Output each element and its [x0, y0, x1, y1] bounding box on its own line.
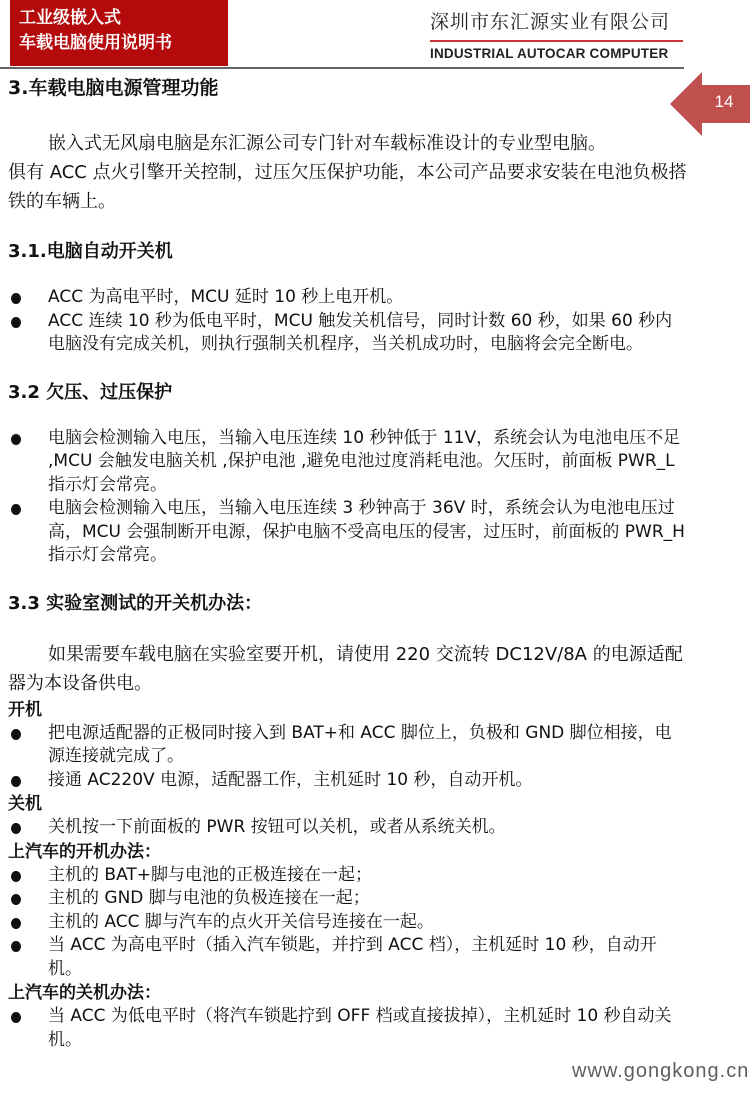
list-item: 主机的 BAT+脚与电池的正极连接在一起； — [8, 864, 688, 888]
company-header: 深圳市东汇源实业有限公司 INDUSTRIAL AUTOCAR COMPUTER — [430, 10, 686, 61]
bullet-icon — [11, 434, 21, 445]
section-3-intro-line1: 嵌入式无风扇电脑是东汇源公司专门针对车载标准设计的专业型电脑。 — [8, 129, 688, 158]
list-item: 主机的 GND 脚与电池的负极连接在一起； — [8, 887, 688, 911]
power-on-label: 开机 — [8, 698, 688, 722]
bullet-icon — [11, 293, 21, 304]
bullet-icon — [11, 823, 21, 834]
bullet-icon — [11, 871, 21, 882]
section-3-3-intro: 如果需要车载电脑在实验室要开机，请使用 220 交流转 DC12V/8A 的电源… — [8, 640, 688, 698]
company-name-en: INDUSTRIAL AUTOCAR COMPUTER — [430, 46, 686, 61]
section-3-2-list: 电脑会检测输入电压，当输入电压连续 10 秒钟低于 11V，系统会认为电池电压不… — [8, 427, 688, 568]
car-power-on-list: 主机的 BAT+脚与电池的正极连接在一起； 主机的 GND 脚与电池的负极连接在… — [8, 864, 688, 982]
company-accent-line — [430, 40, 683, 42]
bullet-icon — [11, 1012, 21, 1023]
section-3-2-heading: 3.2 欠压、过压保护 — [8, 379, 688, 407]
list-item: 当 ACC 为低电平时（将汽车锁匙拧到 OFF 档或直接拔掉），主机延时 10 … — [8, 1005, 688, 1052]
bullet-icon — [11, 317, 21, 328]
car-power-off-list: 当 ACC 为低电平时（将汽车锁匙拧到 OFF 档或直接拔掉），主机延时 10 … — [8, 1005, 688, 1052]
power-off-list: 关机按一下前面板的 PWR 按钮可以关机，或者从系统关机。 — [8, 816, 688, 840]
bullet-icon — [11, 776, 21, 787]
manual-title-block: 工业级嵌入式 车载电脑使用说明书 — [10, 0, 228, 66]
list-item: 接通 AC220V 电源，适配器工作，主机延时 10 秒，自动开机。 — [8, 769, 688, 793]
bullet-icon — [11, 729, 21, 740]
list-item: 电脑会检测输入电压，当输入电压连续 3 秒钟高于 36V 时，系统会认为电池电压… — [8, 497, 688, 568]
list-item: 电脑会检测输入电压，当输入电压连续 10 秒钟低于 11V，系统会认为电池电压不… — [8, 427, 688, 498]
list-item: 把电源适配器的正极同时接入到 BAT+和 ACC 脚位上，负极和 GND 脚位相… — [8, 722, 688, 769]
list-item: 当 ACC 为高电平时（插入汽车锁匙，并拧到 ACC 档），主机延时 10 秒，… — [8, 934, 688, 981]
manual-title-line1: 工业级嵌入式 — [19, 6, 228, 31]
header-divider — [0, 67, 684, 69]
page-number: 14 — [704, 92, 744, 112]
section-3-intro: 嵌入式无风扇电脑是东汇源公司专门针对车载标准设计的专业型电脑。 俱有 ACC 点… — [8, 129, 688, 216]
power-off-label: 关机 — [8, 792, 688, 816]
list-item: ACC 连续 10 秒为低电平时，MCU 触发关机信号，同时计数 60 秒，如果… — [8, 310, 688, 357]
bullet-icon — [11, 894, 21, 905]
section-3-intro-line2: 俱有 ACC 点火引擎开关控制，过压欠压保护功能，本公司产品要求安装在电池负极搭… — [8, 158, 688, 216]
section-3-3-heading: 3.3 实验室测试的开关机办法： — [8, 590, 688, 618]
list-item: 主机的 ACC 脚与汽车的点火开关信号连接在一起。 — [8, 911, 688, 935]
car-power-off-label: 上汽车的关机办法： — [8, 981, 688, 1005]
watermark: www.gongkong.cn — [572, 1060, 749, 1083]
section-3-heading: 3.车载电脑电源管理功能 — [8, 74, 688, 102]
power-on-list: 把电源适配器的正极同时接入到 BAT+和 ACC 脚位上，负极和 GND 脚位相… — [8, 722, 688, 793]
list-item: 关机按一下前面板的 PWR 按钮可以关机，或者从系统关机。 — [8, 816, 688, 840]
company-name-cn: 深圳市东汇源实业有限公司 — [430, 10, 686, 34]
bullet-icon — [11, 941, 21, 952]
bullet-icon — [11, 918, 21, 929]
section-3-1-list: ACC 为高电平时，MCU 延时 10 秒上电开机。 ACC 连续 10 秒为低… — [8, 286, 688, 357]
car-power-on-label: 上汽车的开机办法： — [8, 840, 688, 864]
list-item: ACC 为高电平时，MCU 延时 10 秒上电开机。 — [8, 286, 688, 310]
section-3-1-heading: 3.1.电脑自动开关机 — [8, 238, 688, 266]
document-body: 3.车载电脑电源管理功能 嵌入式无风扇电脑是东汇源公司专门针对车载标准设计的专业… — [8, 74, 688, 1052]
bullet-icon — [11, 504, 21, 515]
manual-title-line2: 车载电脑使用说明书 — [19, 31, 228, 56]
